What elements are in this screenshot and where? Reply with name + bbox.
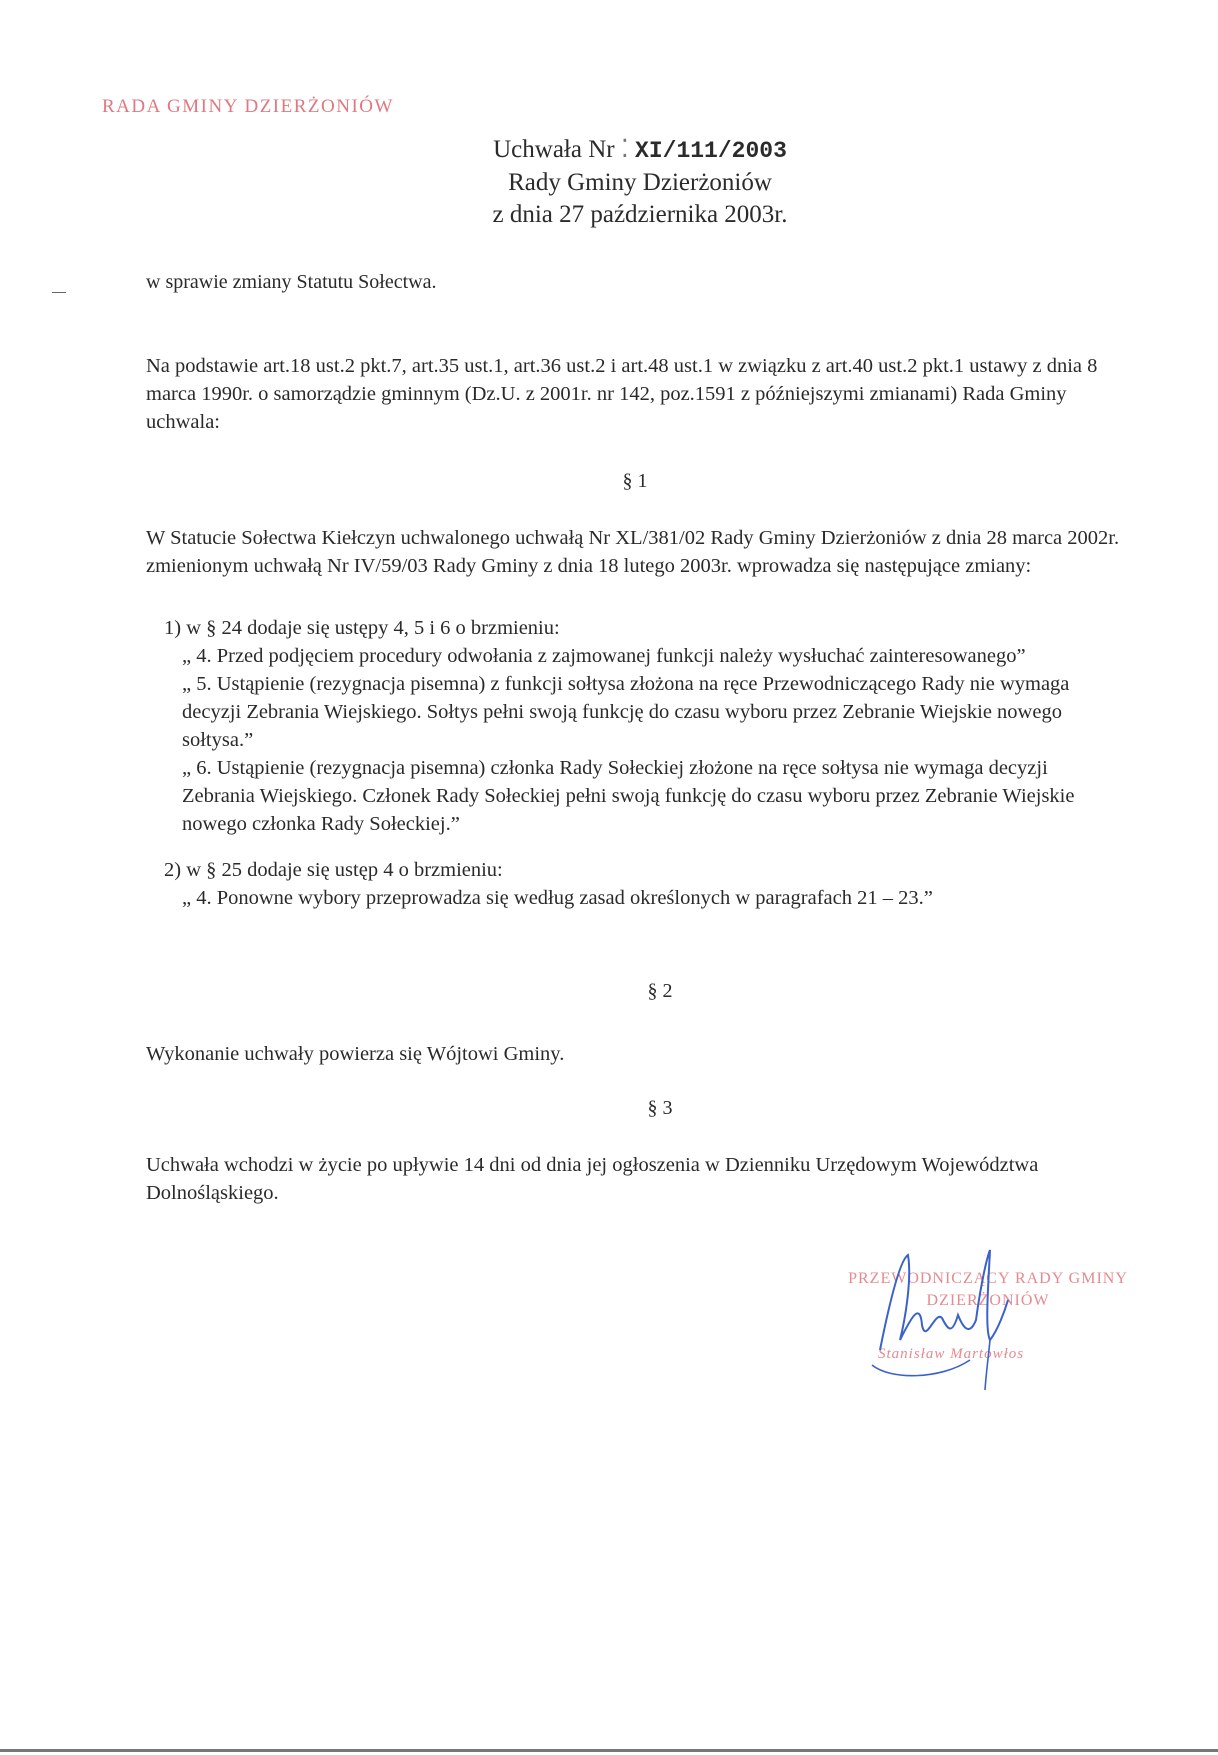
- change-2-item-4: „ 4. Ponowne wybory przeprowadza się wed…: [182, 884, 1124, 912]
- handwritten-signature: [860, 1240, 1060, 1390]
- section-1-intro: W Statucie Sołectwa Kiełczyn uchwalonego…: [146, 524, 1136, 580]
- title-line-1: Uchwała Nr ⁚ XI/111/2003: [430, 134, 850, 167]
- title-line-3: z dnia 27 października 2003r.: [430, 199, 850, 231]
- section-2-heading: § 2: [610, 980, 710, 1003]
- section-2-text: Wykonanie uchwały powierza się Wójtowi G…: [146, 1040, 564, 1068]
- subject: w sprawie zmiany Statutu Sołectwa.: [146, 268, 437, 296]
- scan-mark: [52, 292, 66, 293]
- section-3-text: Uchwała wchodzi w życie po upływie 14 dn…: [146, 1151, 1136, 1207]
- change-2-heading: 2) w § 25 dodaje się ustęp 4 o brzmieniu…: [164, 856, 1124, 884]
- scan-edge: [0, 1749, 1218, 1752]
- change-1-item-4: „ 4. Przed podjęciem procedury odwołania…: [182, 642, 1124, 670]
- section-1-heading: § 1: [585, 470, 685, 493]
- legal-basis: Na podstawie art.18 ust.2 pkt.7, art.35 …: [146, 352, 1131, 436]
- change-1-item-6: „ 6. Ustąpienie (rezygnacja pisemna) czł…: [182, 754, 1124, 838]
- title-line-2: Rady Gminy Dzierżoniów: [430, 167, 850, 199]
- section-1-changes: 1) w § 24 dodaje się ustępy 4, 5 i 6 o b…: [164, 614, 1124, 912]
- resolution-number: XI/111/2003: [635, 138, 787, 164]
- change-1-item-5: „ 5. Ustąpienie (rezygnacja pisemna) z f…: [182, 670, 1124, 754]
- change-1-heading: 1) w § 24 dodaje się ustępy 4, 5 i 6 o b…: [164, 614, 1124, 642]
- council-stamp: RADA GMINY DZIERŻONIÓW: [102, 96, 394, 118]
- section-3-heading: § 3: [610, 1097, 710, 1120]
- resolution-title: Uchwała Nr ⁚ XI/111/2003 Rady Gminy Dzie…: [430, 134, 850, 231]
